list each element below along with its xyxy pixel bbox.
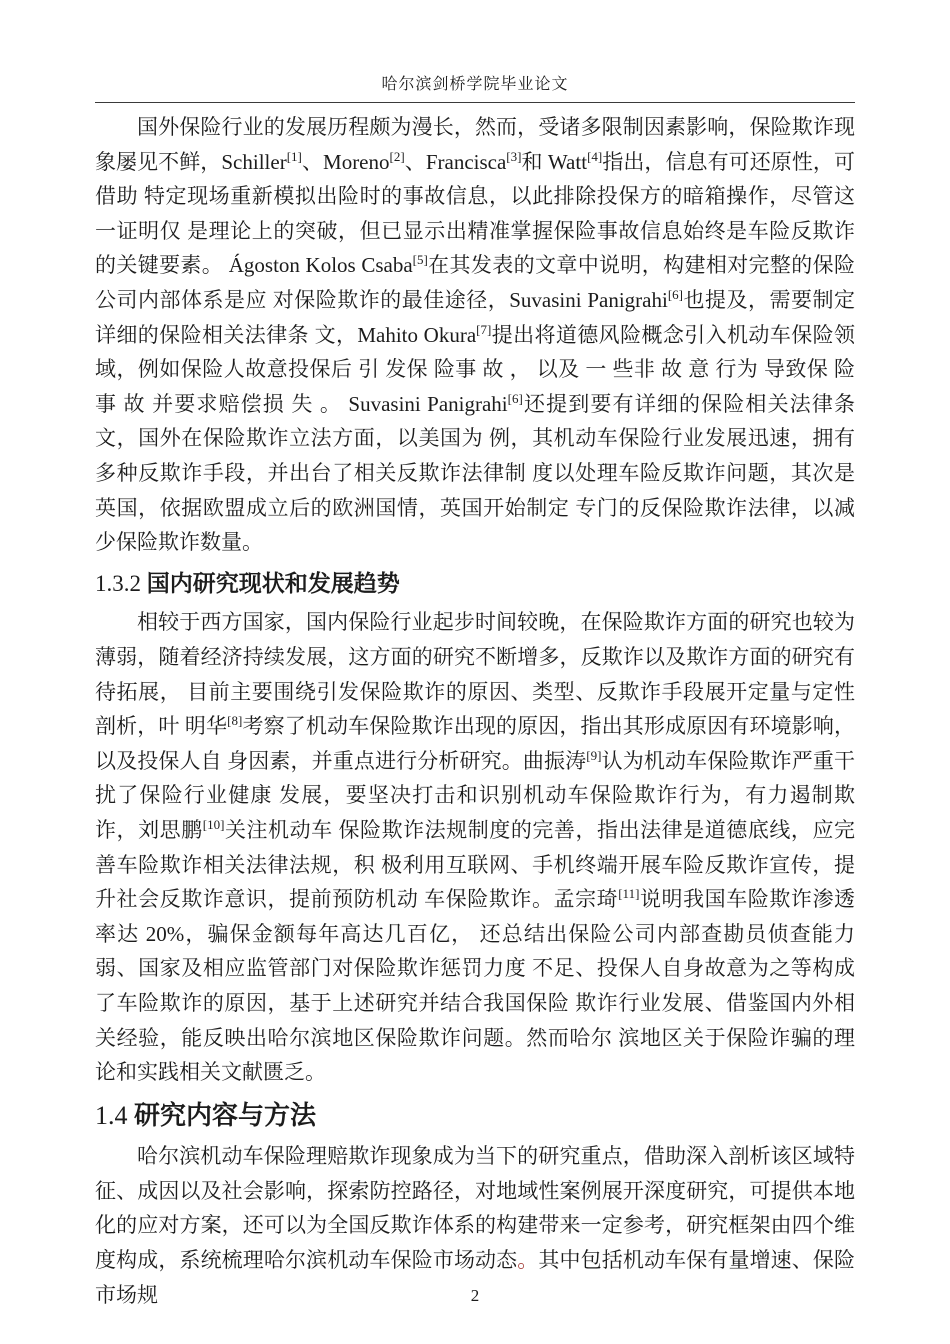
- section-heading-1-4: 1.4 研究内容与方法: [95, 1099, 855, 1133]
- text-run: 、Francisca: [405, 150, 507, 174]
- text-run: 还提到要有详细的保险相关法律条文，国外在保险欺诈立法方面，以美国为 例，其机动车…: [95, 392, 855, 554]
- heading-text: 研究内容与方法: [134, 1100, 316, 1130]
- header-divider: [95, 102, 855, 103]
- citation-superscript: [6]: [508, 391, 523, 406]
- citation-superscript: [9]: [586, 748, 601, 763]
- body-paragraph: 相较于西方国家，国内保险行业起步时间较晚，在保险欺诈方面的研究也较为薄弱，随着经…: [95, 605, 855, 1089]
- text-run: 和 Watt: [521, 150, 587, 174]
- citation-superscript: [5]: [413, 252, 428, 267]
- heading-number: 1.3.2: [95, 571, 147, 596]
- document-body: 国外保险行业的发展历程颇为漫长，然而，受诸多限制因素影响，保险欺诈现象屡见不鲜，…: [95, 110, 855, 1312]
- body-paragraph: 国外保险行业的发展历程颇为漫长，然而，受诸多限制因素影响，保险欺诈现象屡见不鲜，…: [95, 110, 855, 560]
- citation-superscript: [10]: [203, 817, 225, 832]
- document-page: 哈尔滨剑桥学院毕业论文 国外保险行业的发展历程颇为漫长，然而，受诸多限制因素影响…: [0, 0, 950, 1344]
- section-heading-1-3-2: 1.3.2 国内研究现状和发展趋势: [95, 569, 855, 599]
- citation-superscript: [7]: [476, 322, 491, 337]
- text-run: 、Moreno: [302, 150, 390, 174]
- citation-superscript: [11]: [618, 886, 639, 901]
- citation-superscript: [3]: [506, 149, 521, 164]
- page-number: 2: [471, 1286, 480, 1305]
- citation-superscript: [8]: [227, 713, 242, 728]
- citation-superscript: [2]: [390, 149, 405, 164]
- red-punctuation: 。: [517, 1248, 538, 1272]
- citation-superscript: [1]: [287, 149, 302, 164]
- citation-superscript: [6]: [668, 287, 683, 302]
- text-run: 说明我国车险欺诈渗透率达 20%，骗保金额每年高达几百亿， 还总结出保险公司内部…: [95, 887, 855, 1084]
- citation-superscript: [4]: [587, 149, 602, 164]
- page-header: 哈尔滨剑桥学院毕业论文: [95, 74, 855, 103]
- page-footer: 2: [0, 1286, 950, 1306]
- heading-number: 1.4: [95, 1101, 134, 1130]
- header-title: 哈尔滨剑桥学院毕业论文: [95, 74, 855, 96]
- heading-text: 国内研究现状和发展趋势: [147, 570, 400, 596]
